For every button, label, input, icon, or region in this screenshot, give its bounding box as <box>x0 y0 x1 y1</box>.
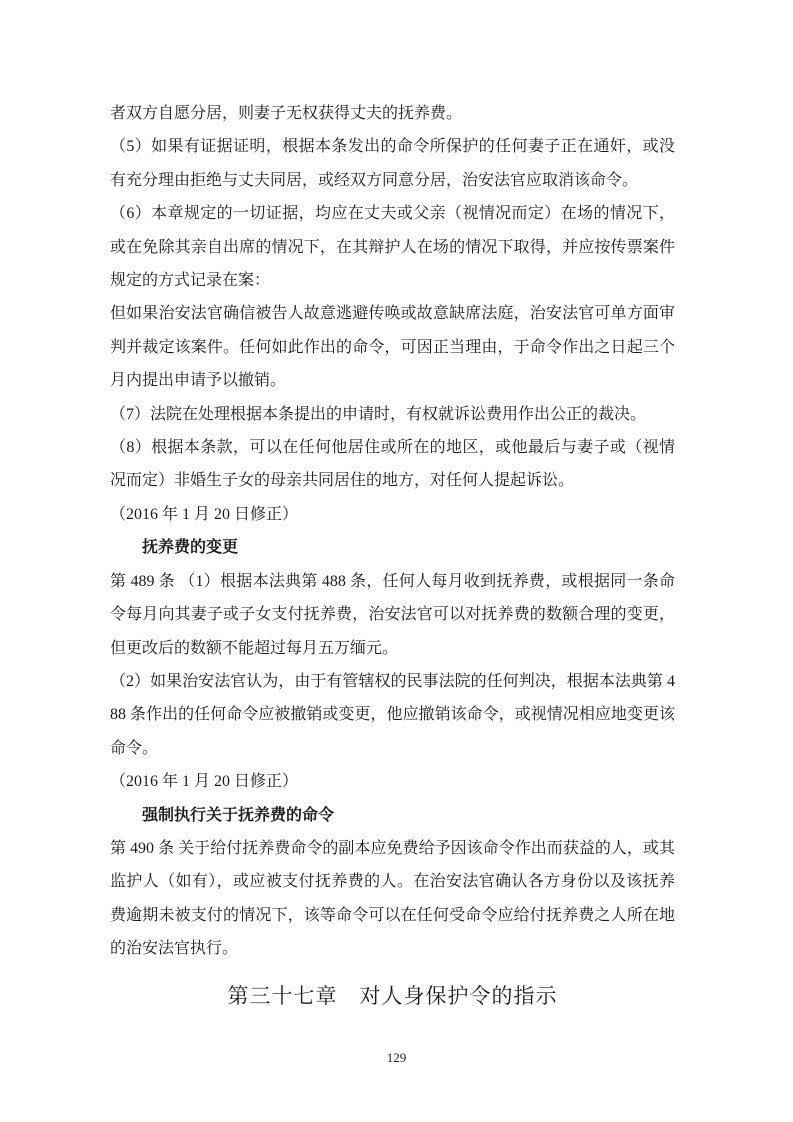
amendment-note: （2016 年 1 月 20 日修正） <box>110 765 675 798</box>
page-number: 129 <box>0 1048 793 1068</box>
clause-5-paragraph: （5）如果有证据证明，根据本条发出的命令所保护的任何妻子正在通奸，或没有充分理由… <box>110 130 675 197</box>
continuation-paragraph: 者双方自愿分居，则妻子无权获得丈夫的抚养费。 <box>110 97 675 130</box>
document-body: 者双方自愿分居，则妻子无权获得丈夫的抚养费。 （5）如果有证据证明，根据本条发出… <box>110 97 675 1013</box>
document-page: 者双方自愿分居，则妻子无权获得丈夫的抚养费。 （5）如果有证据证明，根据本条发出… <box>0 0 793 1122</box>
proviso-paragraph: 但如果治安法官确信被告人故意逃避传唤或故意缺席法庭，治安法官可单方面审判并裁定该… <box>110 297 675 397</box>
article-489-clause-1-paragraph: 第 489 条 （1）根据本法典第 488 条，任何人每月收到抚养费，或根据同一… <box>110 565 675 665</box>
amendment-note: （2016 年 1 月 20 日修正） <box>110 498 675 531</box>
clause-6-paragraph: （6）本章规定的一切证据，均应在丈夫或父亲（视情况而定）在场的情况下，或在免除其… <box>110 197 675 297</box>
article-490-paragraph: 第 490 条 关于给付抚养费命令的副本应免费给予因该命令作出而获益的人，或其监… <box>110 832 675 966</box>
clause-7-paragraph: （7）法院在处理根据本条提出的申请时，有权就诉讼费用作出公正的裁决。 <box>110 398 675 431</box>
chapter-heading: 第三十七章 对人身保护令的指示 <box>110 979 675 1013</box>
section-heading-variation-of-allowance: 抚养费的变更 <box>110 531 675 564</box>
clause-8-paragraph: （8）根据本条款，可以在任何他居住或所在的地区，或他最后与妻子或（视情况而定）非… <box>110 431 675 498</box>
article-489-clause-2-paragraph: （2）如果治安法官认为，由于有管辖权的民事法院的任何判决，根据本法典第 488 … <box>110 665 675 765</box>
section-heading-enforcement-of-order: 强制执行关于抚养费的命令 <box>110 799 675 832</box>
